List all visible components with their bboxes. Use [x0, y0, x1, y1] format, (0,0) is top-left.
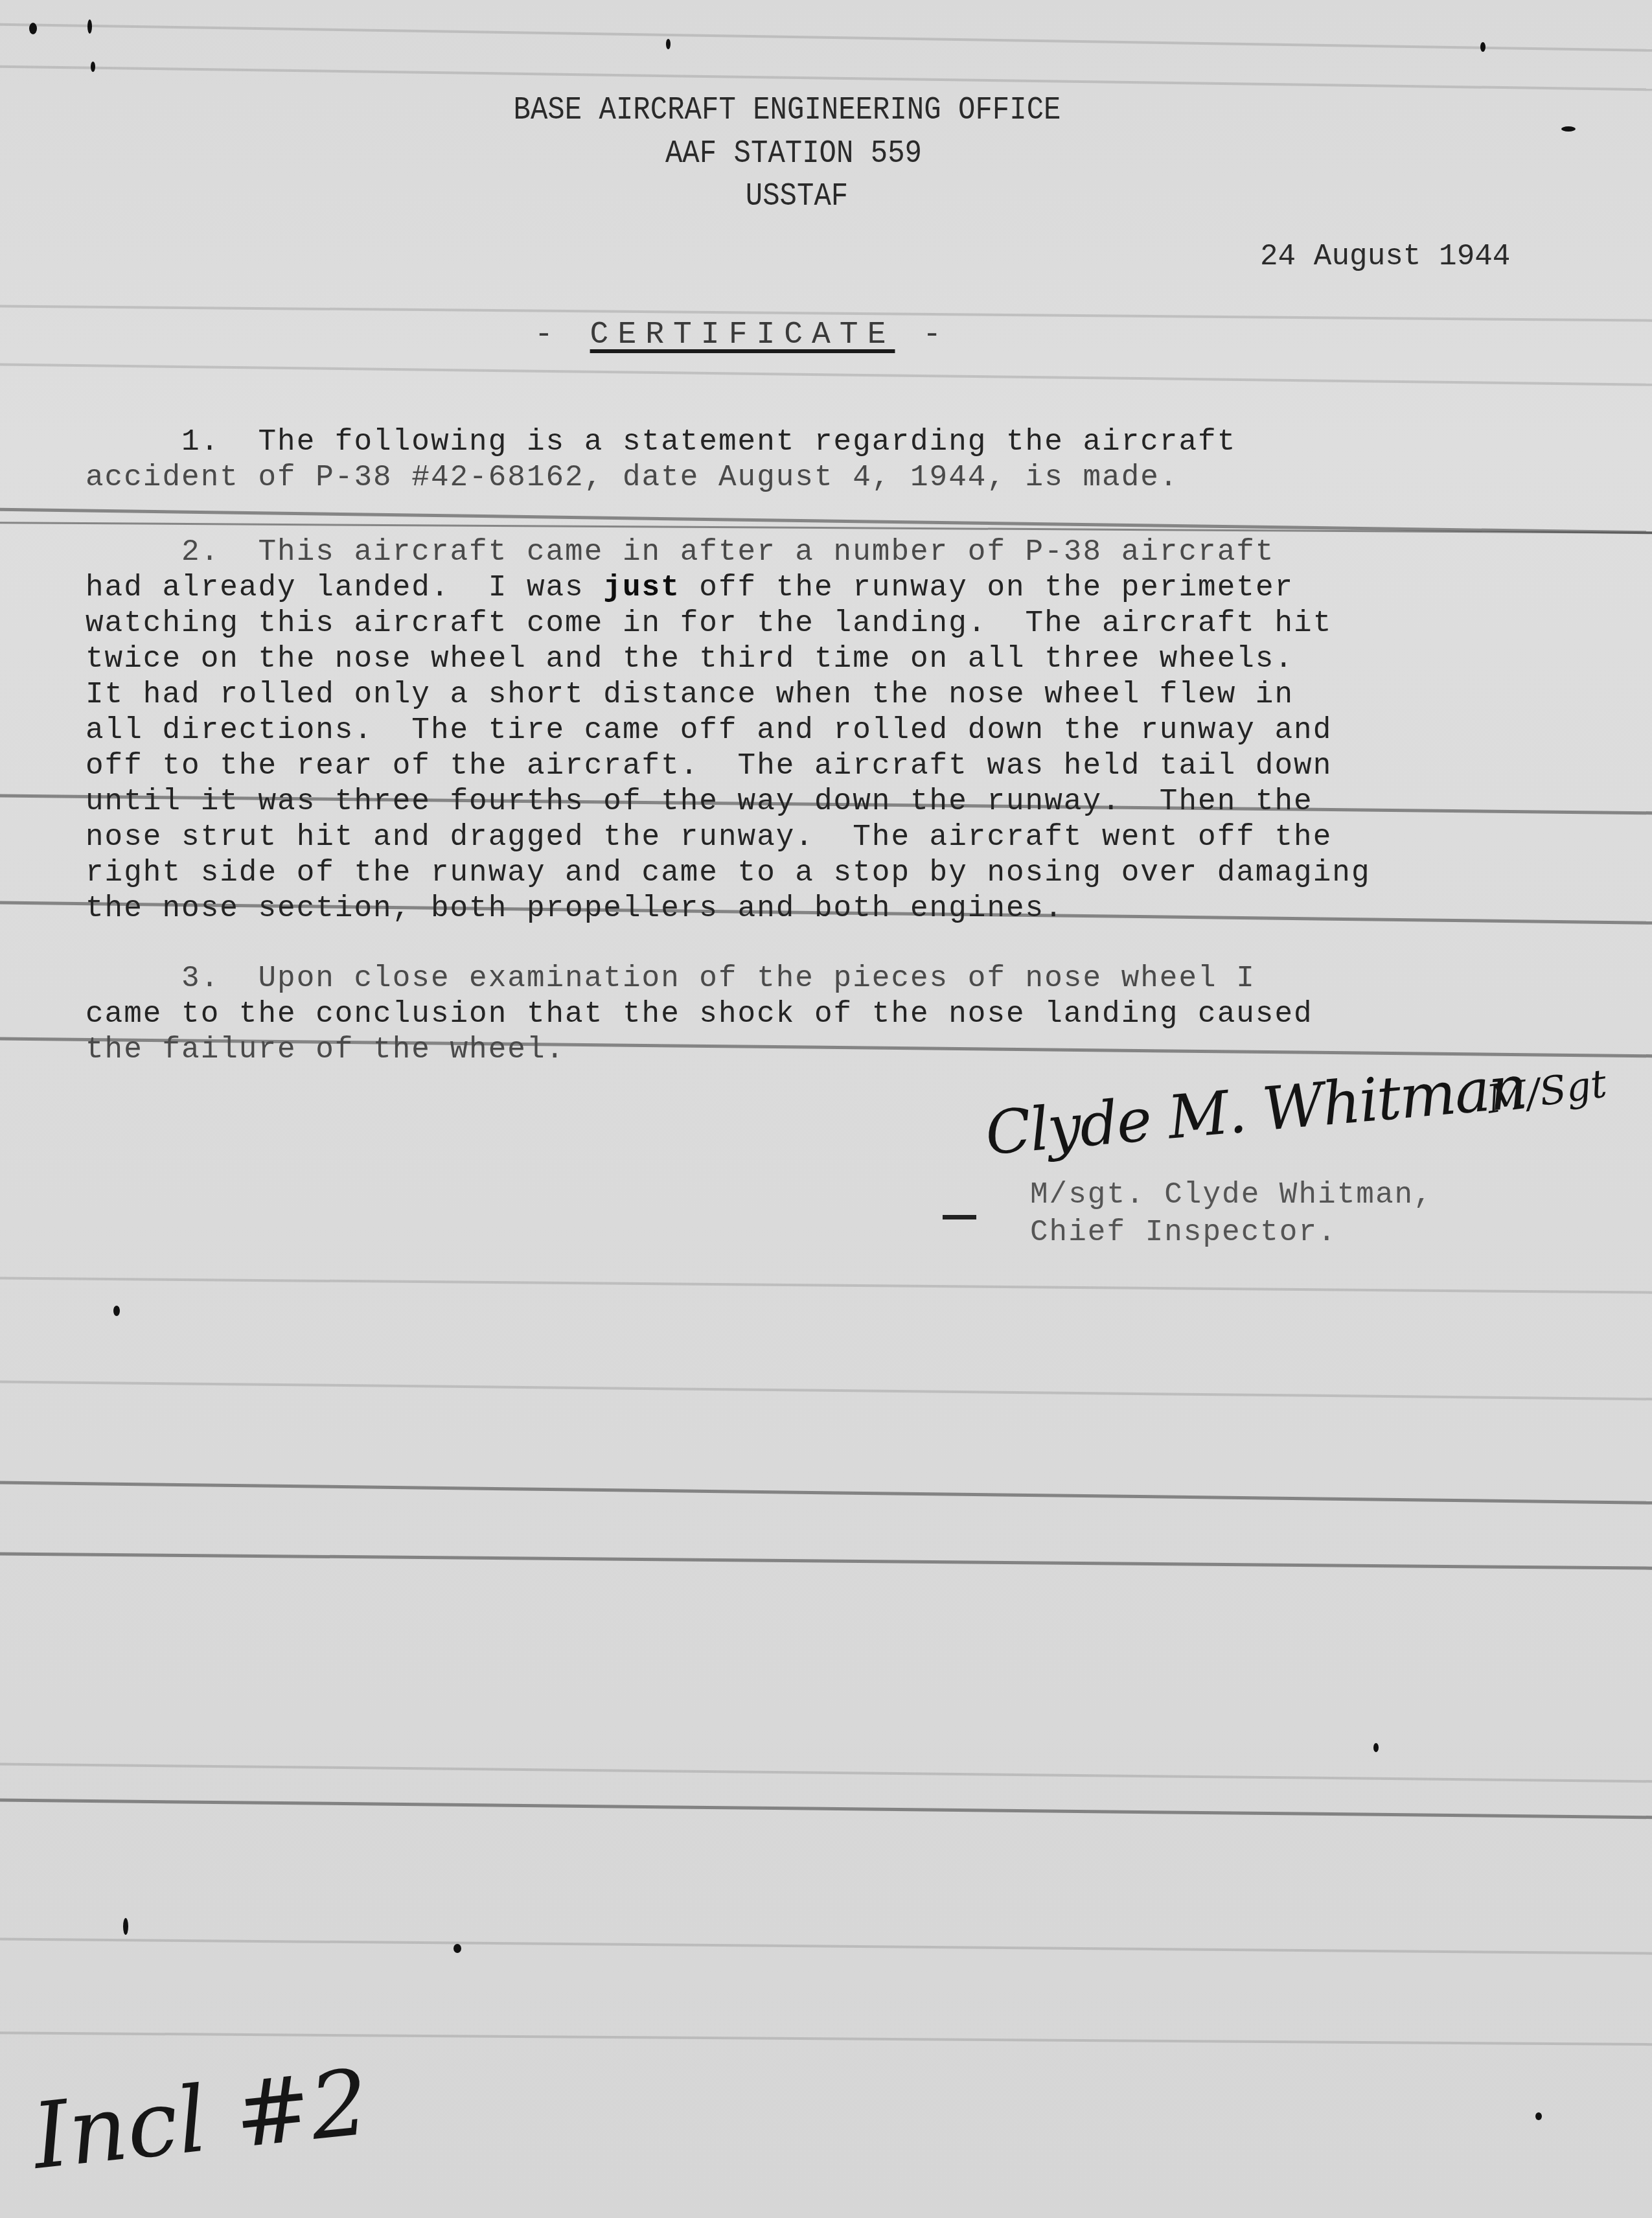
paragraph-line: twice on the nose wheel and the third ti…: [86, 641, 1576, 677]
line-text: off the runway on the perimeter: [680, 571, 1294, 605]
scan-streak: [0, 1481, 1652, 1505]
signature-block: M/sgt. Clyde Whitman, Chief Inspector.: [1030, 1176, 1433, 1251]
letterhead-command: USSTAF: [0, 175, 1652, 218]
dust-speck: [113, 1306, 120, 1316]
letterhead: BASE AIRCRAFT ENGINEERING OFFICE AAF STA…: [0, 89, 1652, 218]
dust-speck: [453, 1944, 461, 1953]
paragraph-line: nose strut hit and dragged the runway. T…: [86, 820, 1576, 855]
paragraph-line: 3. Upon close examination of the pieces …: [86, 961, 1576, 997]
dust-speck: [91, 62, 95, 72]
ink-mark: [943, 1215, 976, 1219]
paragraph-line: the nose section, both propellers and bo…: [86, 891, 1576, 927]
paragraph-3: 3. Upon close examination of the pieces …: [86, 961, 1576, 1068]
signer-name: M/sgt. Clyde Whitman,: [1030, 1176, 1433, 1214]
paragraph-line: until it was three fourths of the way do…: [86, 784, 1576, 820]
handwritten-enclosure-note: Incl #2: [28, 2050, 374, 2189]
paragraph-line: 2. This aircraft came in after a number …: [86, 535, 1576, 570]
paragraph-line: off to the rear of the aircraft. The air…: [86, 748, 1576, 784]
letterhead-office: BASE AIRCRAFT ENGINEERING OFFICE: [0, 89, 1652, 132]
paragraph-line: It had rolled only a short distance when…: [86, 677, 1576, 713]
scan-streak: [0, 65, 1652, 92]
dust-speck: [123, 1918, 128, 1935]
document-date: 24 August 1944: [1260, 240, 1510, 273]
scan-streak: [0, 363, 1652, 387]
title-dash-left: -: [534, 318, 590, 352]
scan-streak: [0, 1552, 1652, 1571]
dust-speck: [1535, 2112, 1542, 2120]
paragraph-line: watching this aircraft come in for the l…: [86, 606, 1576, 641]
paragraph-2: 2. This aircraft came in after a number …: [86, 535, 1576, 927]
title-dash-right: -: [895, 318, 950, 352]
dust-speck: [666, 39, 671, 49]
line-text: had already landed. I was: [86, 571, 603, 605]
scanned-document-page: BASE AIRCRAFT ENGINEERING OFFICE AAF STA…: [0, 0, 1652, 2218]
scan-streak: [0, 2031, 1652, 2046]
dust-speck: [29, 23, 37, 34]
handwritten-signature: Clyde M. Whitman: [983, 1052, 1529, 1169]
scan-streak: [0, 1380, 1652, 1401]
scan-streak: [0, 1277, 1652, 1295]
title-text: CERTIFICATE: [590, 318, 895, 352]
scan-streak: [0, 1762, 1652, 1783]
document-title: - CERTIFICATE -: [534, 318, 950, 352]
scan-streak: [0, 23, 1652, 52]
paragraph-line: all directions. The tire came off and ro…: [86, 713, 1576, 748]
emphasized-word: just: [603, 571, 680, 605]
paragraph-1: 1. The following is a statement regardin…: [86, 424, 1576, 496]
dust-speck: [1480, 42, 1486, 52]
dust-speck: [87, 19, 92, 34]
paragraph-line: the failure of the wheel.: [86, 1032, 1576, 1068]
paragraph-line: right side of the runway and came to a s…: [86, 855, 1576, 891]
letterhead-station: AAF STATION 559: [0, 132, 1652, 176]
scan-streak: [0, 1937, 1652, 1956]
paragraph-line: had already landed. I was just off the r…: [86, 570, 1576, 606]
paragraph-line: 1. The following is a statement regardin…: [86, 424, 1576, 460]
paragraph-line: came to the conclusion that the shock of…: [86, 997, 1576, 1032]
paragraph-line: accident of P-38 #42-68162, date August …: [86, 460, 1576, 496]
signer-title: Chief Inspector.: [1030, 1214, 1433, 1251]
scan-streak: [0, 1798, 1652, 1819]
dust-speck: [1373, 1743, 1379, 1752]
